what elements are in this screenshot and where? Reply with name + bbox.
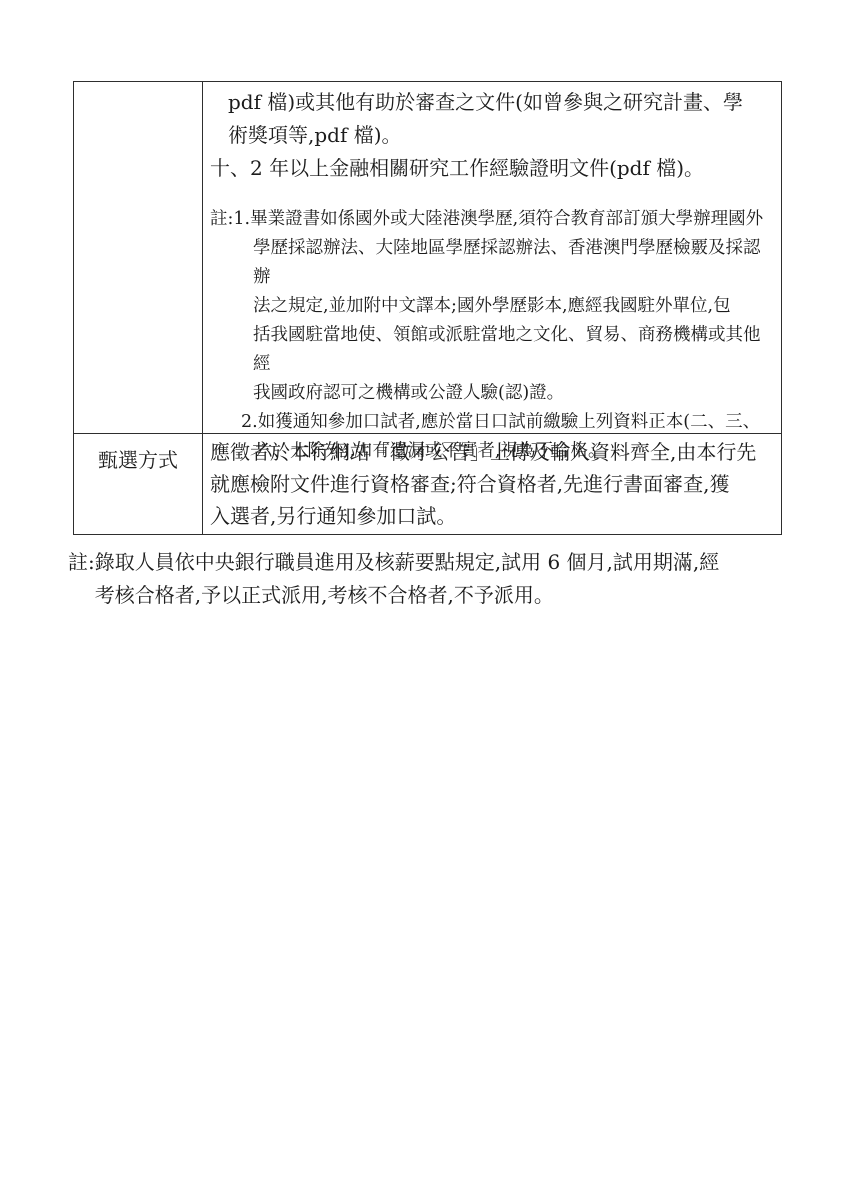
note-1-line-3: 法之規定,並加附中文譯本;國外學歷影本,應經我國駐外單位,包 [210,292,777,321]
item-9-continuation-line-2: 術獎項等,pdf 檔)。 [210,119,777,152]
recruitment-table: pdf 檔)或其他有助於審查之文件(如曾參與之研究計畫、學 術獎項等,pdf 檔… [73,81,782,535]
documents-cell: pdf 檔)或其他有助於審查之文件(如曾參與之研究計畫、學 術獎項等,pdf 檔… [203,82,781,433]
footnote-body: 錄取人員依中央銀行職員進用及核薪要點規定,試用 6 個月,試用期滿,經 考核合格… [95,546,720,612]
selection-method-label: 甄選方式 [74,434,203,534]
page-footnote: 註: 錄取人員依中央銀行職員進用及核薪要點規定,試用 6 個月,試用期滿,經 考… [68,546,719,612]
item-10-line: 十、2 年以上金融相關研究工作經驗證明文件(pdf 檔)。 [210,152,777,185]
note-2-line-1: 2.如獲通知參加口試者,應於當日口試前繳驗上列資料正本(二、三、 [210,408,777,437]
cell-notes: 註:1.畢業證書如係國外或大陸港澳學歷,須符合教育部訂頒大學辦理國外 學歷採認辦… [210,205,777,466]
note-1-line-4: 括我國駐當地使、領館或派駐當地之文化、貿易、商務機構或其他經 [210,321,777,379]
footnote-label: 註: [68,546,95,612]
note-1-line-1: 註:1.畢業證書如係國外或大陸港澳學歷,須符合教育部訂頒大學辦理國外 [210,205,777,234]
table-row-documents-continuation: pdf 檔)或其他有助於審查之文件(如曾參與之研究計畫、學 術獎項等,pdf 檔… [74,82,781,434]
selection-method-line-2: 就應檢附文件進行資格審查;符合資格者,先進行書面審查,獲 [210,468,777,500]
footnote-line-2: 考核合格者,予以正式派用,考核不合格者,不予派用。 [95,579,720,612]
selection-method-cell: 應徵者於本行網站「徵才公告」上傳及輸入資料齊全,由本行先 就應檢附文件進行資格審… [203,434,781,534]
item-9-continuation-line-1: pdf 檔)或其他有助於審查之文件(如曾參與之研究計畫、學 [210,86,777,119]
selection-method-line-3: 入選者,另行通知參加口試。 [210,500,777,532]
table-row-selection-method: 甄選方式 應徵者於本行網站「徵才公告」上傳及輸入資料齊全,由本行先 就應檢附文件… [74,434,781,534]
note-1-line-2: 學歷採認辦法、大陸地區學歷採認辦法、香港澳門學歷檢覈及採認辦 [210,234,777,292]
footnote-line-1: 錄取人員依中央銀行職員進用及核薪要點規定,試用 6 個月,試用期滿,經 [95,546,720,579]
note-1-line-5: 我國政府認可之機構或公證人驗(認)證。 [210,379,777,408]
selection-method-line-1: 應徵者於本行網站「徵才公告」上傳及輸入資料齊全,由本行先 [210,436,777,468]
empty-label-cell [74,82,203,433]
